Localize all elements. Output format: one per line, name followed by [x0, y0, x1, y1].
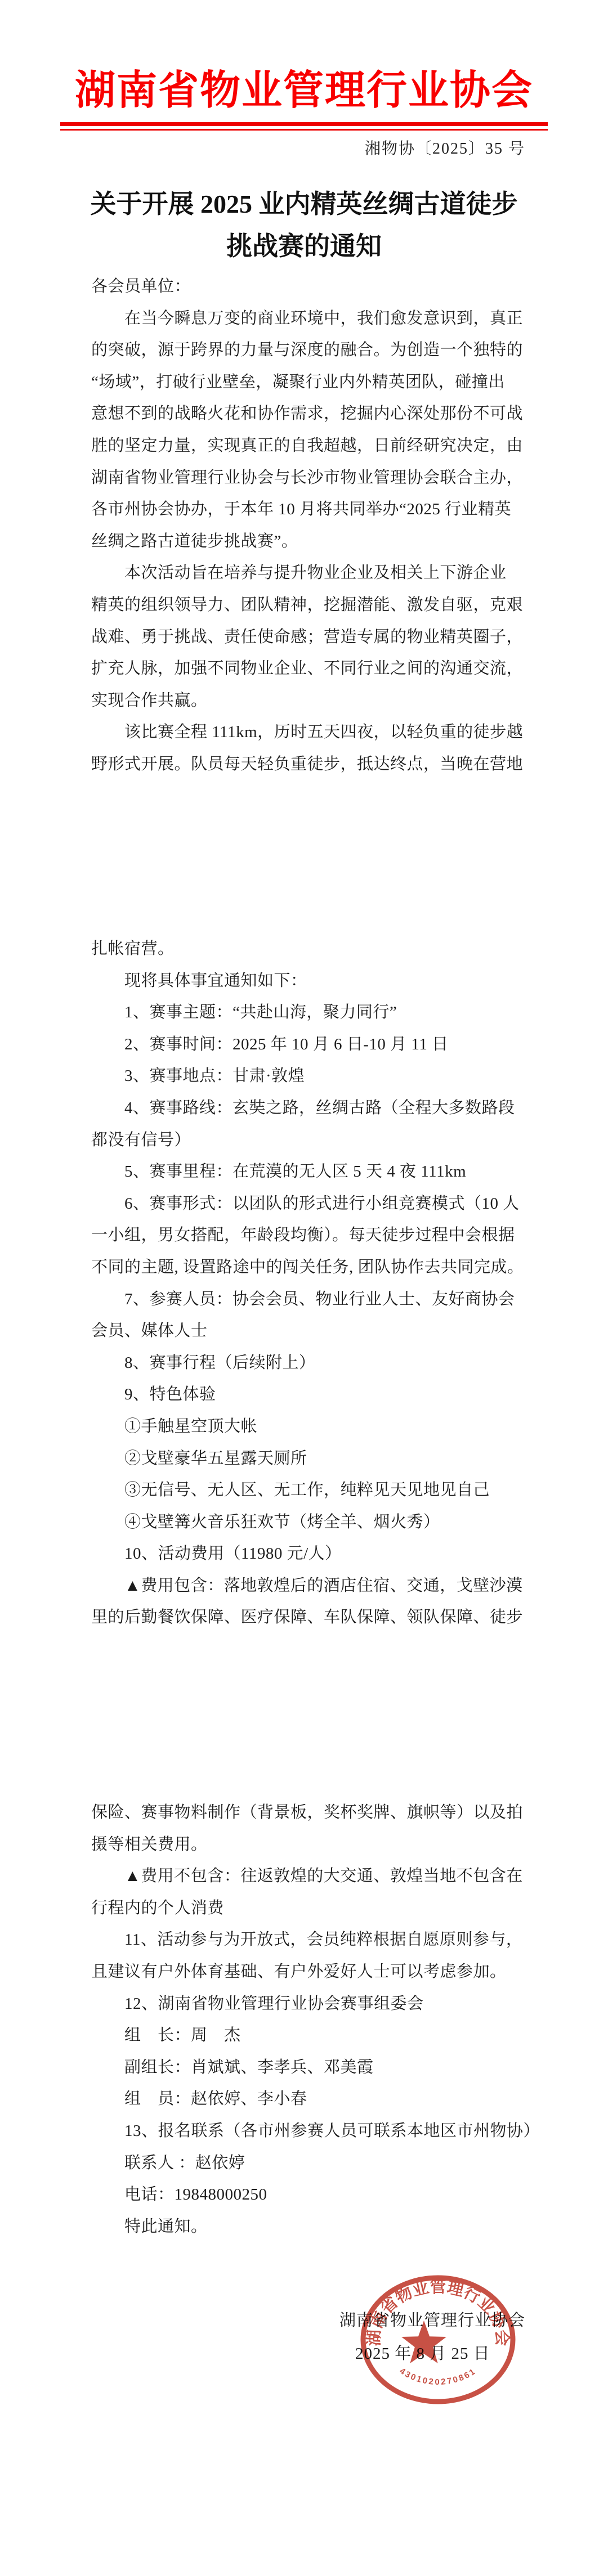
- body-line: 野形式开展。队员每天轻负重徒步，抵达终点，当晚在营地: [91, 748, 542, 780]
- document-number: 湘物协〔2025〕35 号: [365, 136, 525, 159]
- official-red-seal: 湖南省物业管理行业协会 4301020270861: [360, 2274, 516, 2406]
- body-page1: 各会员单位： 在当今瞬息万变的商业环境中，我们愈发意识到，真正的突破，源于跨界的…: [91, 271, 542, 780]
- body-line: 丝绸之路古道徒步挑战赛”。: [91, 526, 542, 558]
- body-line: 扩充人脉，加强不同物业企业、不同行业之间的沟通交流，: [91, 653, 542, 685]
- body-line: ▲费用包含：落地敦煌后的酒店住宿、交通，戈壁沙漠: [91, 1570, 542, 1602]
- body-line: 电话：19848000250: [91, 2179, 542, 2211]
- seal-arc-text: 湖南省物业管理行业协会: [364, 2278, 511, 2346]
- body-line: 副组长：肖斌斌、李孝兵、邓美霞: [91, 2052, 542, 2084]
- body-line: 13、报名联系（各市州参赛人员可联系本地区市州物协）: [91, 2115, 542, 2147]
- body-line: 1、赛事主题：“共赴山海，聚力同行”: [91, 997, 542, 1029]
- seal-code-text: 4301020270861: [398, 2366, 479, 2387]
- body-page2: 扎帐宿营。 现将具体事宜通知如下： 1、赛事主题：“共赴山海，聚力同行” 2、赛…: [91, 933, 542, 1633]
- notice-document-page: 湖南省物业管理行业协会 湘物协〔2025〕35 号 关于开展 2025 业内精英…: [0, 0, 608, 2576]
- body-line: ②戈壁豪华五星露天厕所: [91, 1443, 542, 1475]
- body-line: 联系人 ：赵依婷: [91, 2147, 542, 2179]
- body-line: 10、活动费用（11980 元/人）: [91, 1538, 542, 1570]
- seal-star-icon: [401, 2321, 446, 2363]
- body-line: “场域”，打破行业壁垒，凝聚行业内外精英团队，碰撞出: [91, 366, 542, 398]
- body-line: 各会员单位：: [91, 271, 542, 303]
- body-line: 11、活动参与为开放式，会员纯粹根据自愿原则参与，: [91, 1924, 542, 1956]
- body-line: 行程内的个人消费: [91, 1892, 542, 1924]
- body-line: 一小组，男女搭配，年龄段均衡）。每天徒步过程中会根据: [91, 1219, 542, 1251]
- body-line: 不同的主题, 设置路途中的闯关任务, 团队协作去共同完成。: [91, 1251, 542, 1283]
- document-title-line1: 关于开展 2025 业内精英丝绸古道徒步: [0, 187, 608, 221]
- body-line: 在当今瞬息万变的商业环境中，我们愈发意识到，真正: [91, 303, 542, 335]
- body-line: ④戈壁篝火音乐狂欢节（烤全羊、烟火秀）: [91, 1506, 542, 1538]
- letterhead-rule-thin: [60, 129, 548, 131]
- body-line: 2、赛事时间：2025 年 10 月 6 日-10 月 11 日: [91, 1029, 542, 1061]
- letterhead-org-title: 湖南省物业管理行业协会: [0, 69, 608, 113]
- body-line: 精英的组织领导力、团队精神，挖掘潜能、激发自驱，克艰: [91, 589, 542, 621]
- body-page3: 保险、赛事物料制作（背景板，奖杯奖牌、旗帜等）以及拍摄等相关费用。 ▲费用不包含…: [91, 1797, 542, 2242]
- body-line: 组 长：周 杰: [91, 2019, 542, 2052]
- body-line: 本次活动旨在培养与提升物业企业及相关上下游企业: [91, 557, 542, 589]
- body-line: 组 员：赵依婷、李小春: [91, 2083, 542, 2115]
- body-line: 的突破，源于跨界的力量与深度的融合。为创造一个独特的: [91, 334, 542, 366]
- body-line: 4、赛事路线：玄奘之路，丝绸古路（全程大多数路段: [91, 1092, 542, 1124]
- body-line: 5、赛事里程：在荒漠的无人区 5 天 4 夜 111km: [91, 1156, 542, 1188]
- body-line: 特此通知。: [91, 2211, 542, 2243]
- body-line: 各市州协会协办，于本年 10 月将共同举办“2025 行业精英: [91, 493, 542, 526]
- body-line: 该比赛全程 111km，历时五天四夜，以轻负重的徒步越: [91, 716, 542, 748]
- body-line: 摄等相关费用。: [91, 1829, 542, 1861]
- body-line: 都没有信号）: [91, 1124, 542, 1156]
- body-line: 3、赛事地点：甘肃·敦煌: [91, 1060, 542, 1092]
- body-line: ①手触星空顶大帐: [91, 1411, 542, 1443]
- body-line: 6、赛事形式：以团队的形式进行小组竞赛模式（10 人: [91, 1188, 542, 1220]
- body-line: 保险、赛事物料制作（背景板，奖杯奖牌、旗帜等）以及拍: [91, 1797, 542, 1829]
- body-line: 扎帐宿营。: [91, 933, 542, 965]
- letterhead-rule-thick: [60, 122, 548, 126]
- body-line: 且建议有户外体育基础、有户外爱好人士可以考虑参加。: [91, 1956, 542, 1988]
- body-line: 胜的坚定力量，实现真正的自我超越，日前经研究决定，由: [91, 430, 542, 462]
- body-line: ③无信号、无人区、无工作，纯粹见天见地见自己: [91, 1474, 542, 1506]
- body-line: 7、参赛人员：协会会员、物业行业人士、友好商协会: [91, 1283, 542, 1316]
- body-line: 里的后勤餐饮保障、医疗保障、车队保障、领队保障、徒步: [91, 1601, 542, 1633]
- body-line: 12、湖南省物业管理行业协会赛事组委会: [91, 1988, 542, 2020]
- body-line: 意想不到的战略火花和协作需求，挖掘内心深处那份不可战: [91, 398, 542, 430]
- body-line: ▲费用不包含：往返敦煌的大交通、敦煌当地不包含在: [91, 1860, 542, 1892]
- body-line: 战难、勇于挑战、责任使命感；营造专属的物业精英圈子，: [91, 621, 542, 653]
- body-line: 会员、媒体人士: [91, 1315, 542, 1347]
- body-line: 现将具体事宜通知如下：: [91, 965, 542, 997]
- body-line: 实现合作共赢。: [91, 685, 542, 717]
- body-line: 8、赛事行程（后续附上）: [91, 1347, 542, 1379]
- body-line: 9、特色体验: [91, 1379, 542, 1411]
- body-line: 湖南省物业管理行业协会与长沙市物业管理协会联合主办，: [91, 462, 542, 494]
- document-title-line2: 挑战赛的通知: [0, 230, 608, 263]
